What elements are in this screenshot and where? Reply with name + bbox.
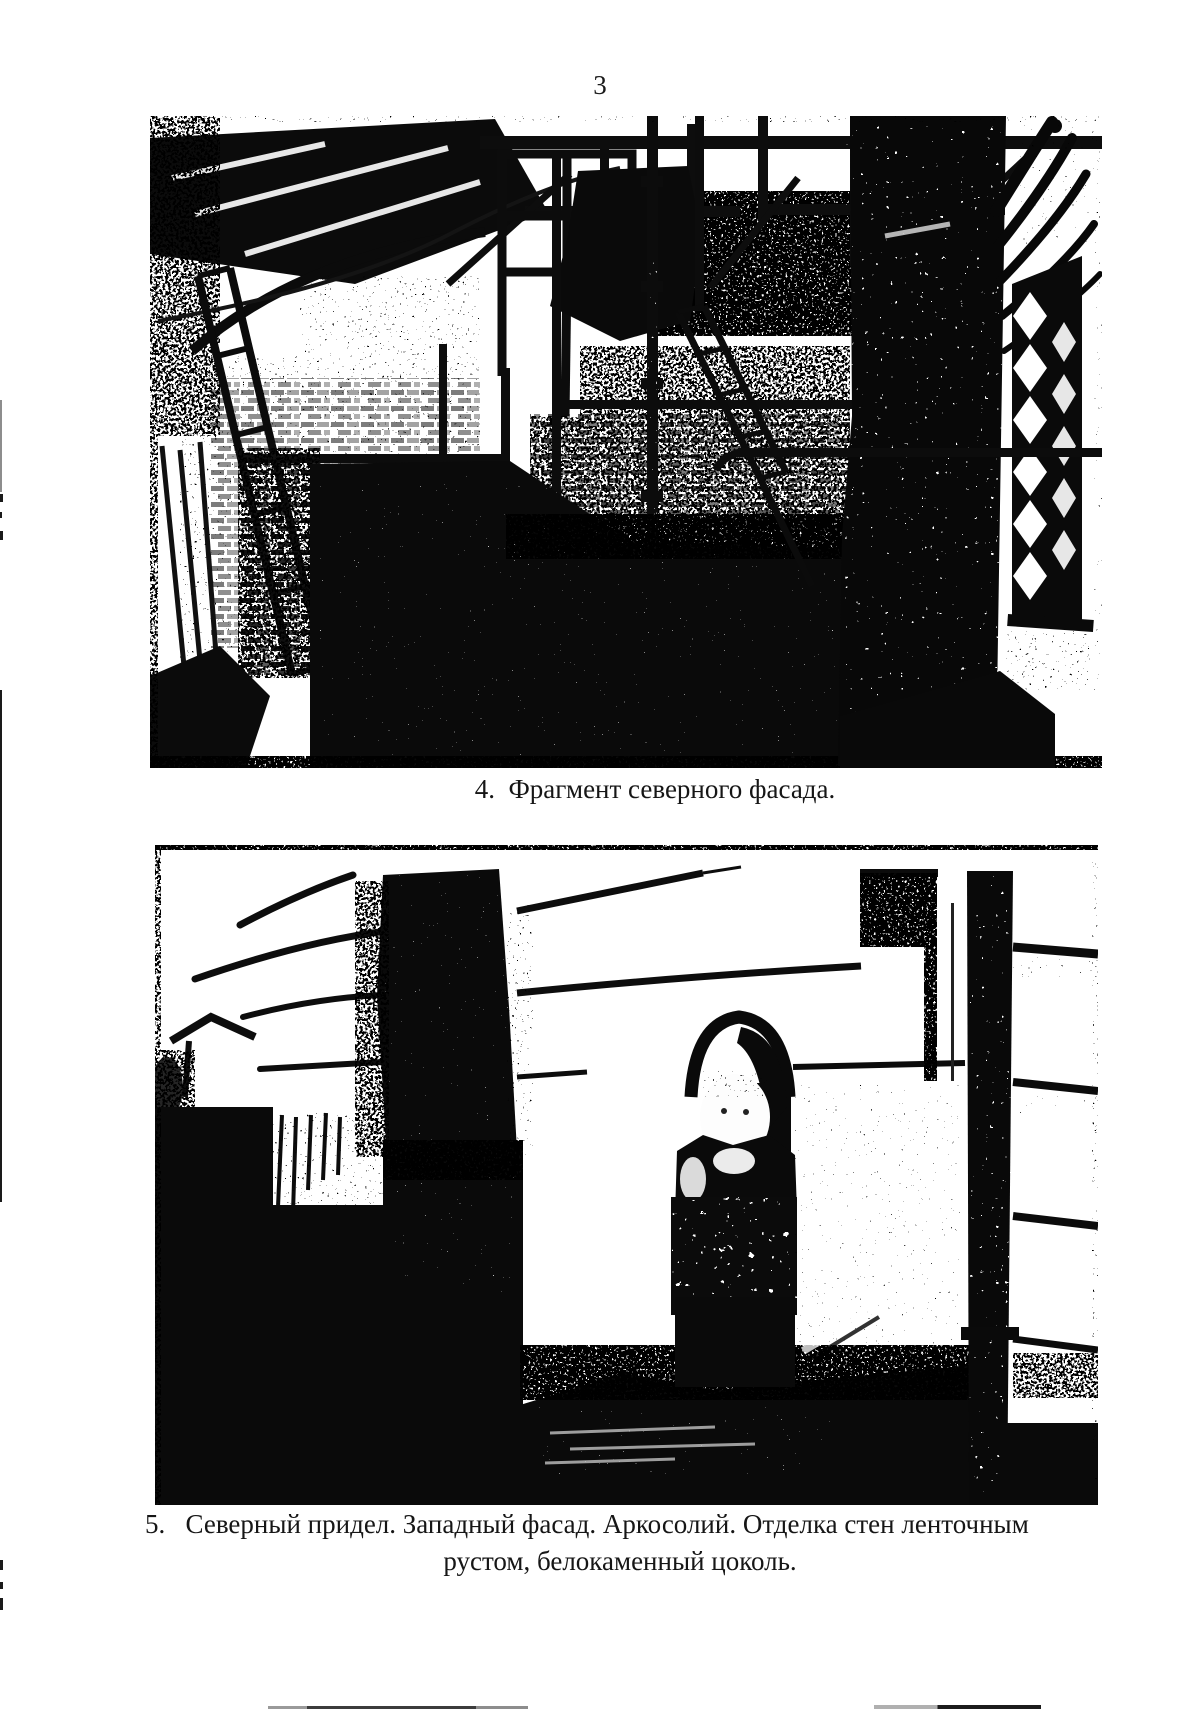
figure-5-caption: 5. Северный придел. Западный фасад. Арко… [145, 1506, 1095, 1580]
figure-4-photo-north-facade [150, 116, 1102, 768]
scan-artifact-left-dash [0, 1582, 3, 1589]
scan-artifact-left-line [0, 690, 2, 1202]
scanned-document-page: 3 [0, 0, 1200, 1714]
figure-5-photo-north-chapel [155, 845, 1098, 1505]
scan-artifact-left-dash [0, 512, 2, 518]
scan-artifact-left-dash [0, 494, 3, 502]
page-number: 3 [0, 70, 1200, 101]
scan-artifact-left-dash [0, 531, 3, 540]
scan-artifact-left-dash [0, 1560, 3, 1570]
figure-5-caption-line1: 5. Северный придел. Западный фасад. Арко… [145, 1506, 1095, 1543]
scan-artifact-left-dash [0, 1598, 3, 1610]
figure-5-caption-line2: рустом, белокаменный цоколь. [145, 1543, 1095, 1580]
halftone-photo-1 [150, 116, 1102, 768]
scan-artifact-bottom-line [874, 1705, 1041, 1709]
scan-artifact-bottom-line [268, 1706, 528, 1709]
halftone-photo-2 [155, 845, 1098, 1505]
figure-4-caption: 4. Фрагмент северного фасада. [150, 772, 1102, 806]
scan-artifact-left-line [0, 400, 2, 492]
